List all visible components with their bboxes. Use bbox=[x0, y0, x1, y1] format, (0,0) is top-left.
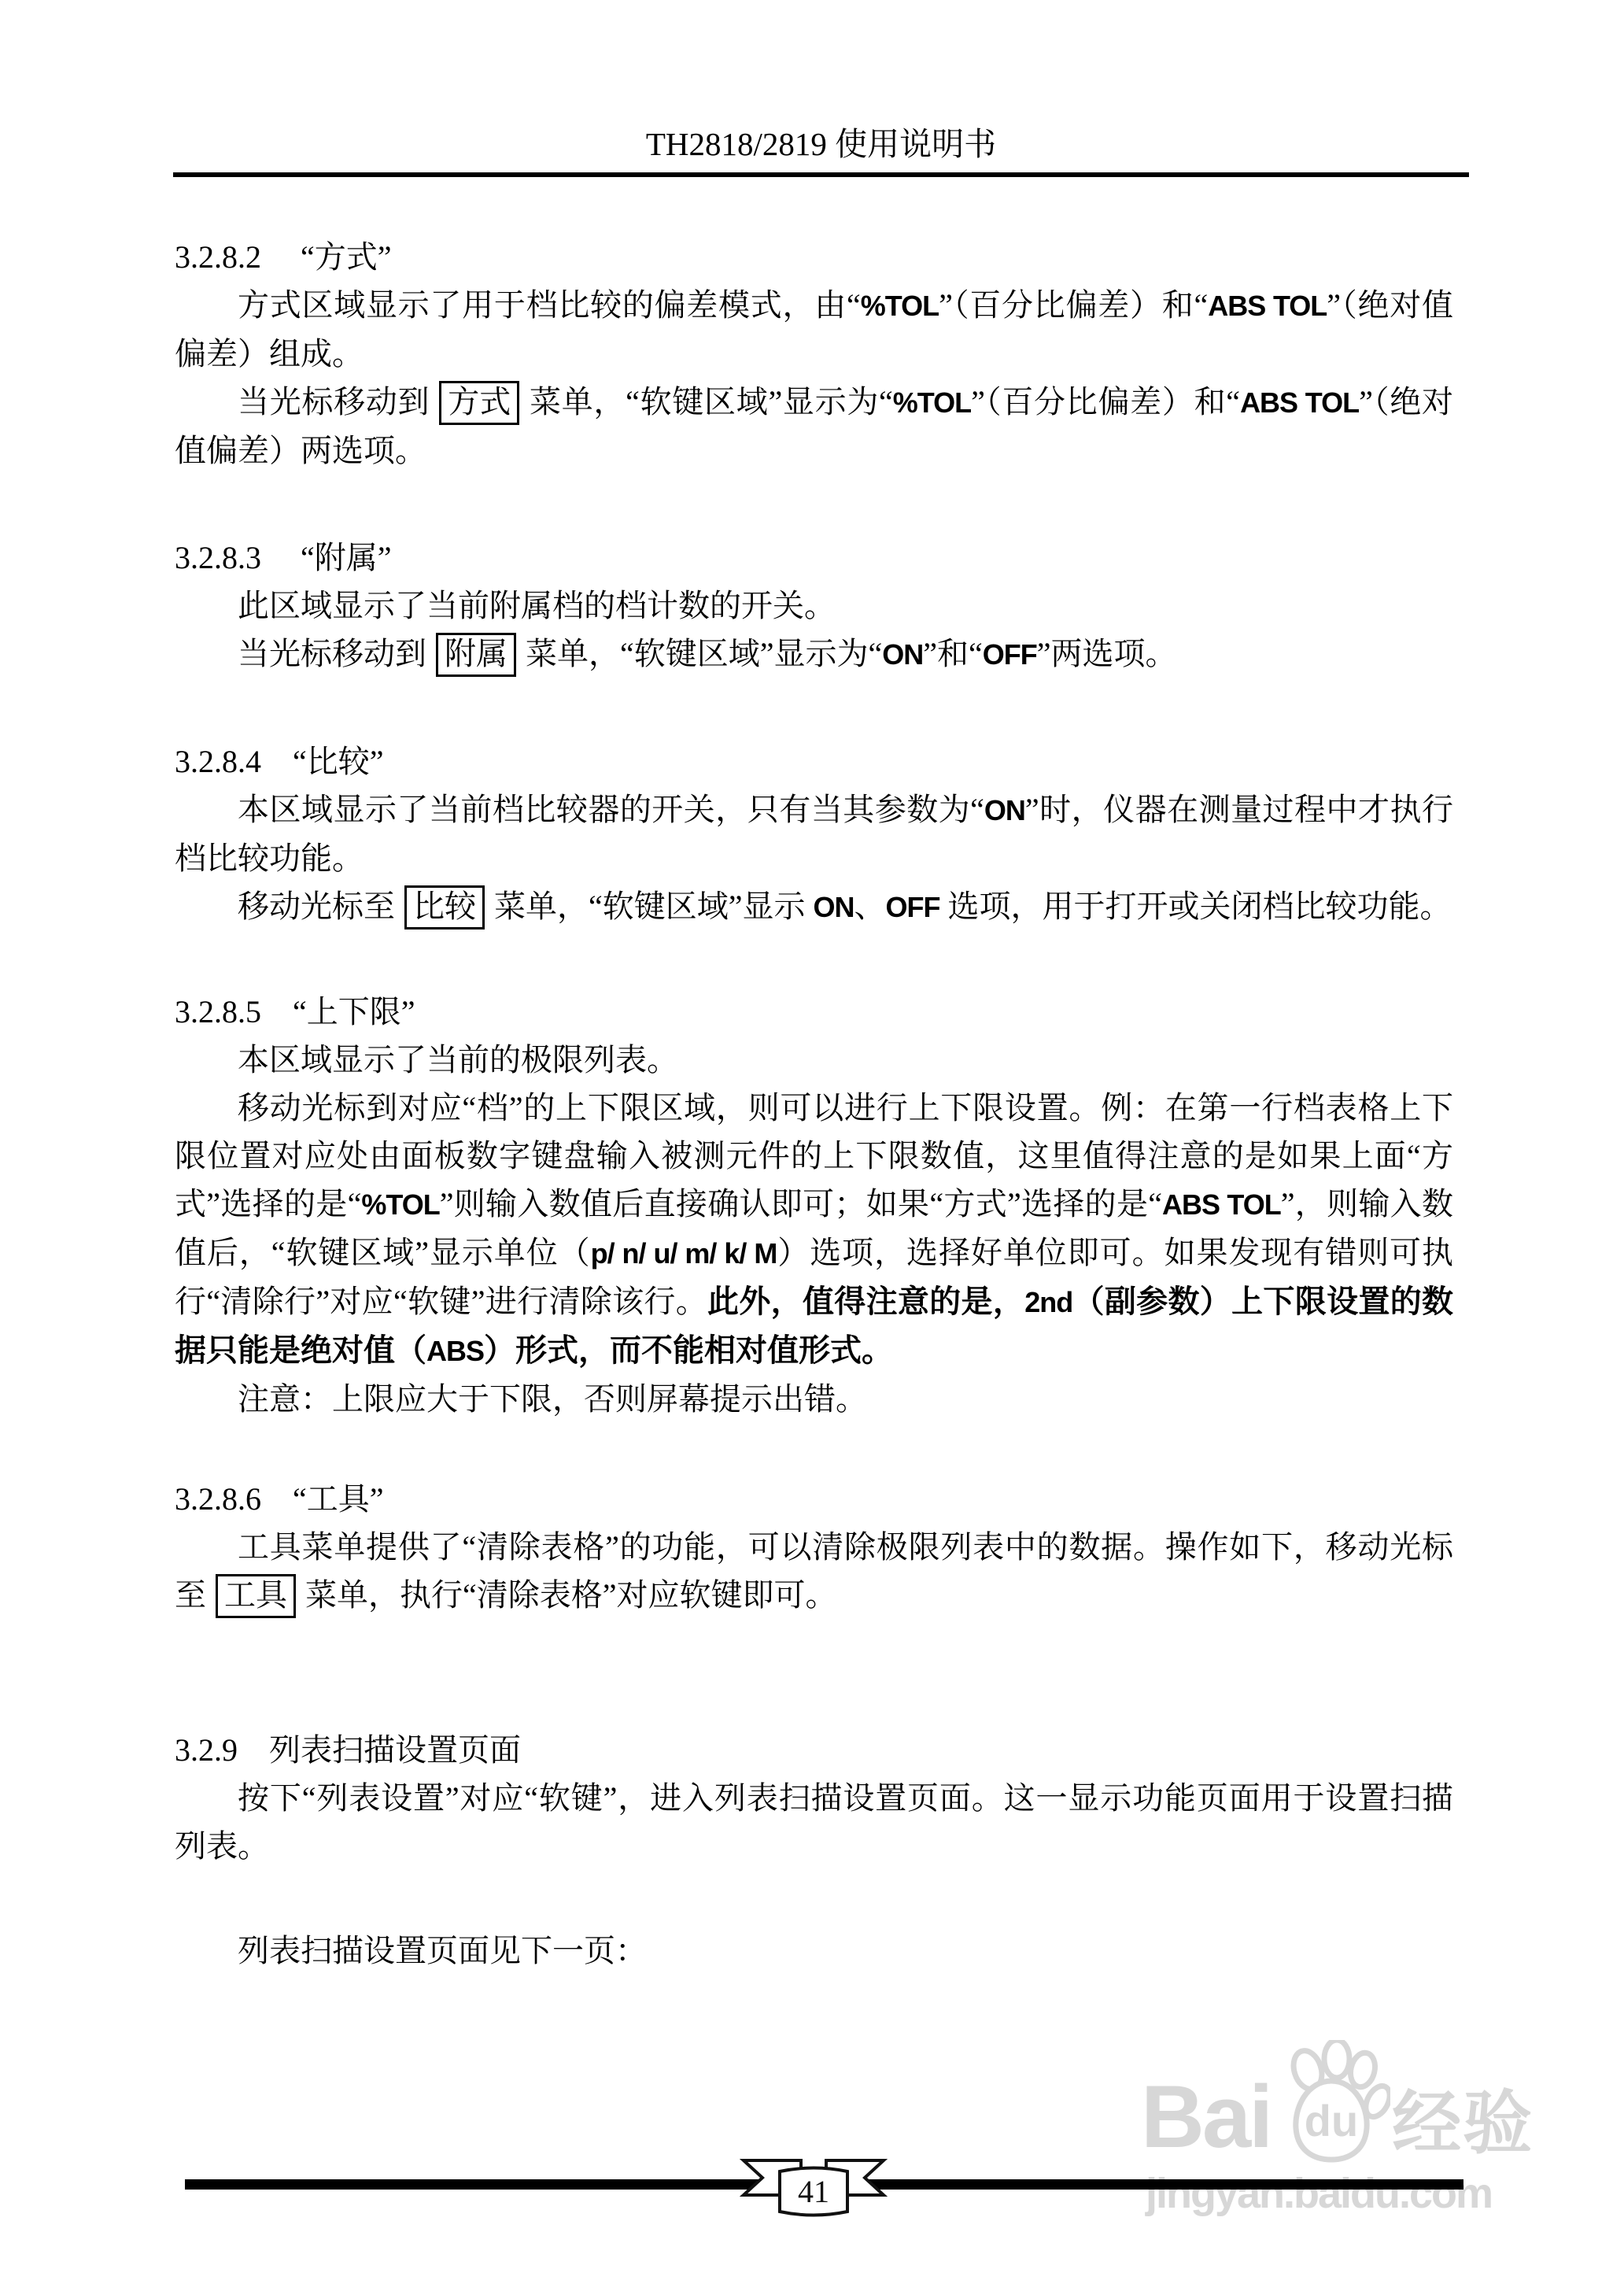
text-run: 菜单，“软键区域”显示为“ bbox=[529, 384, 893, 419]
text-run: 、 bbox=[854, 889, 886, 924]
latin-term: p/ n/ u/ m/ k/ M bbox=[591, 1237, 777, 1269]
paragraph: 本区域显示了当前档比较器的开关，只有当其参数为“ON”时，仪器在测量过程中才执行… bbox=[175, 785, 1453, 882]
section-heading-3-2-9: 3.2.9 列表扫描设置页面 bbox=[175, 1726, 1453, 1774]
section-heading-3-2-8-4: 3.2.8.4 “比较” bbox=[175, 737, 1453, 785]
text-run: 菜单，“软键区域”显示 bbox=[494, 889, 814, 924]
text-run: 此区域显示了当前附属档的档计数的开关。 bbox=[238, 588, 836, 623]
latin-term: %TOL bbox=[861, 290, 939, 322]
text-run: ”则输入数值后直接确认即可；如果“方式”选择的是“ bbox=[440, 1186, 1162, 1221]
paragraph: 移动光标至比较菜单，“软键区域”显示 ON、OFF 选项，用于打开或关闭档比较功… bbox=[175, 882, 1453, 931]
text-run: 注意：上限应大于下限，否则屏幕提示出错。 bbox=[238, 1381, 867, 1417]
paragraph: 方式区域显示了用于档比较的偏差模式，由“%TOL”（百分比偏差）和“ABS TO… bbox=[175, 281, 1453, 378]
latin-term: ABS TOL bbox=[1208, 290, 1327, 322]
watermark-du-text: du bbox=[1305, 2096, 1358, 2145]
text-run: 当光标移动到 bbox=[238, 384, 430, 419]
boxed-menu-keyword: 比较 bbox=[404, 885, 485, 929]
text-run: 列表扫描设置页面见下一页： bbox=[238, 1933, 647, 1968]
boxed-menu-keyword: 工具 bbox=[216, 1574, 296, 1618]
text-run: 移动光标至 bbox=[238, 889, 395, 924]
latin-term: ABS TOL bbox=[1162, 1188, 1281, 1221]
section-heading-3-2-8-2: 3.2.8.2 “方式” bbox=[175, 233, 1453, 281]
latin-term: %TOL bbox=[361, 1188, 439, 1221]
bold-text-run: ）形式，而不能相对值形式。 bbox=[484, 1332, 893, 1368]
latin-term: OFF bbox=[886, 891, 940, 923]
document-body: 3.2.8.2 “方式” 方式区域显示了用于档比较的偏差模式，由“%TOL”（百… bbox=[175, 178, 1453, 1975]
page-number: 41 bbox=[798, 2174, 829, 2209]
text-run: 当光标移动到 bbox=[238, 636, 426, 671]
latin-term: %TOL bbox=[893, 386, 971, 419]
section-heading-3-2-8-3: 3.2.8.3 “附属” bbox=[175, 534, 1453, 582]
paragraph: 按下“列表设置”对应“软键”，进入列表扫描设置页面。这一显示功能页面用于设置扫描… bbox=[175, 1774, 1453, 1870]
latin-term: ON bbox=[984, 794, 1025, 826]
section-heading-3-2-8-6: 3.2.8.6 “工具” bbox=[175, 1475, 1453, 1523]
paragraph: 列表扫描设置页面见下一页： bbox=[175, 1927, 1453, 1975]
latin-term: OFF bbox=[983, 638, 1037, 671]
text-run: ”（百分比偏差）和“ bbox=[971, 384, 1240, 419]
paragraph: 本区域显示了当前的极限列表。 bbox=[175, 1036, 1453, 1084]
watermark-bai-text: Bai bbox=[1141, 2073, 1271, 2161]
text-run: 本区域显示了当前的极限列表。 bbox=[238, 1042, 678, 1077]
latin-term: ABS bbox=[426, 1335, 484, 1367]
text-run: ”和“ bbox=[923, 636, 983, 671]
latin-term: 2nd bbox=[1024, 1286, 1072, 1318]
text-run: ”两选项。 bbox=[1037, 636, 1177, 671]
paragraph: 当光标移动到附属菜单，“软键区域”显示为“ON”和“OFF”两选项。 bbox=[175, 630, 1453, 678]
watermark-jingyan-text: 经验 bbox=[1392, 2089, 1534, 2158]
manual-page: TH2818/2819 使用说明书 3.2.8.2 “方式” 方式区域显示了用于… bbox=[0, 0, 1624, 2295]
header-rule bbox=[173, 172, 1469, 177]
baidu-paw-icon: du bbox=[1272, 2040, 1390, 2166]
latin-term: ON bbox=[882, 638, 923, 671]
paragraph: 工具菜单提供了“清除表格”的功能，可以清除极限列表中的数据。操作如下，移动光标至… bbox=[175, 1523, 1453, 1619]
boxed-menu-keyword: 附属 bbox=[436, 633, 516, 677]
latin-term: ON bbox=[814, 891, 854, 923]
section-heading-3-2-8-5: 3.2.8.5 “上下限” bbox=[175, 988, 1453, 1036]
text-run: 菜单，“软键区域”显示为“ bbox=[526, 636, 882, 671]
paragraph: 当光标移动到方式菜单，“软键区域”显示为“%TOL”（百分比偏差）和“ABS T… bbox=[175, 378, 1453, 475]
text-run: 选项，用于打开或关闭档比较功能。 bbox=[940, 889, 1452, 924]
text-run: 本区域显示了当前档比较器的开关，只有当其参数为“ bbox=[238, 792, 984, 827]
text-run: 方式区域显示了用于档比较的偏差模式，由“ bbox=[238, 287, 861, 323]
paragraph: 移动光标到对应“档”的上下限区域，则可以进行上下限设置。例：在第一行档表格上下限… bbox=[175, 1084, 1453, 1375]
paragraph: 注意：上限应大于下限，否则屏幕提示出错。 bbox=[175, 1375, 1453, 1423]
paragraph: 此区域显示了当前附属档的档计数的开关。 bbox=[175, 582, 1453, 630]
page-header-title: TH2818/2819 使用说明书 bbox=[173, 124, 1469, 164]
text-run: 按下“列表设置”对应“软键”，进入列表扫描设置页面。这一显示功能页面用于设置扫描… bbox=[175, 1780, 1453, 1864]
bold-text-run: 此外，值得注意的是， bbox=[707, 1284, 1024, 1319]
page-number-ribbon: 41 bbox=[738, 2145, 889, 2221]
text-run: ”（百分比偏差）和“ bbox=[939, 287, 1208, 323]
boxed-menu-keyword: 方式 bbox=[439, 381, 519, 425]
latin-term: ABS TOL bbox=[1240, 386, 1359, 419]
text-run: 菜单，执行“清除表格”对应软键即可。 bbox=[305, 1577, 837, 1613]
watermark-brand-row: Bai du 经验 bbox=[1141, 2040, 1550, 2161]
